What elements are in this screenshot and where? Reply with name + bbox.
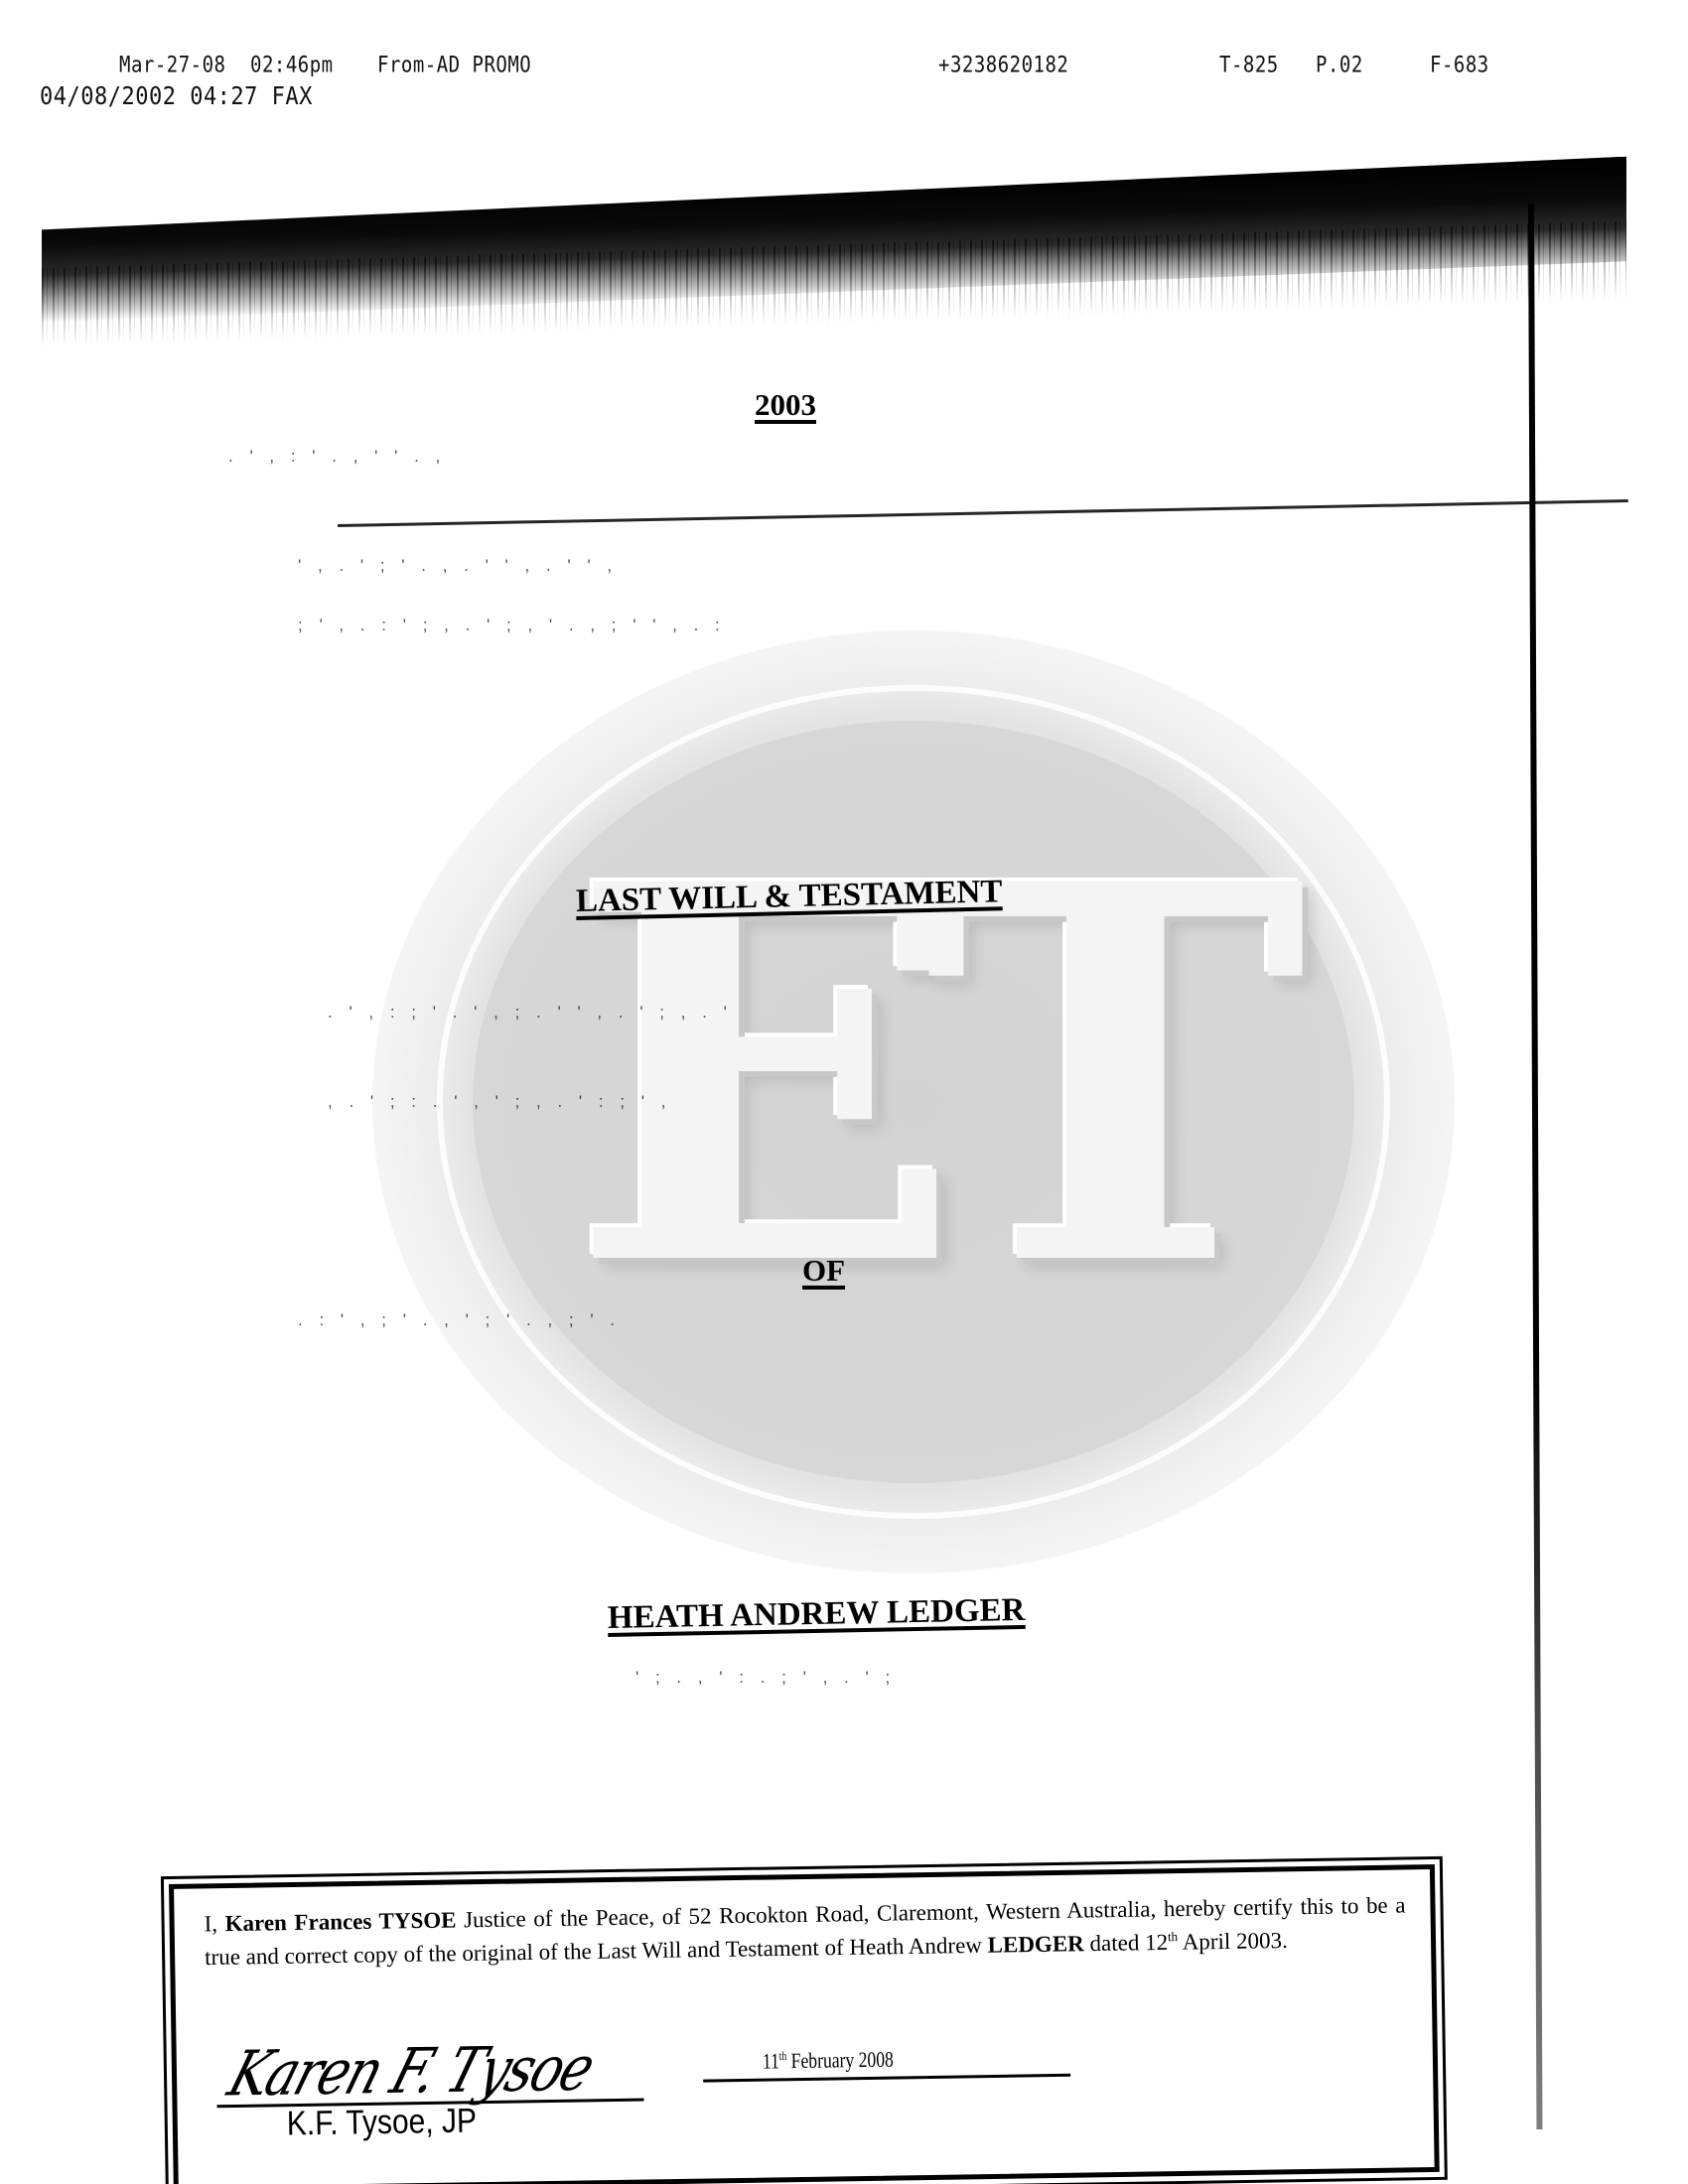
testator-name: HEATH ANDREW LEDGER bbox=[608, 1592, 1026, 1637]
fax-id: F-683 bbox=[1430, 53, 1489, 77]
faded-text-line: ; ' , . : ' ; , . ' ; , ' . , ; ' ' , . … bbox=[298, 615, 726, 635]
faded-text-line: , . ' ; : . ' , ' ; , . ' : ; ' , bbox=[328, 1092, 671, 1112]
faded-text-line: ' ; . , ' : . ; ' , . ' ; bbox=[635, 1668, 896, 1688]
sign-date-suffix: th bbox=[779, 2049, 787, 2063]
faded-text-line: ' , . ' ; ' . , . ' ' , . ' ' , bbox=[298, 556, 618, 576]
fax-transmission-id: T-825 bbox=[1219, 53, 1279, 77]
fax-from: From-AD PROMO bbox=[377, 53, 531, 77]
faded-text-line: . : ' , ; ' . , ' ; ' . , ; ' . bbox=[298, 1310, 621, 1330]
fax-phone: +3238620182 bbox=[938, 53, 1068, 77]
page-edge-rule bbox=[1528, 204, 1542, 2129]
cert-intro: I, bbox=[204, 1911, 217, 1936]
fax-date: Mar-27-08 bbox=[119, 53, 225, 77]
faded-text-line: . ' , : ; ' . ' , ; . ' ' , . ' ; , . ' bbox=[328, 1003, 733, 1023]
testator-surname: LEDGER bbox=[987, 1931, 1084, 1958]
fax-page-number: P.02 bbox=[1316, 53, 1363, 77]
fax-secondary-header: 04/08/2002 04:27 FAX bbox=[40, 82, 313, 111]
certification-statement: I, Karen Frances TYSOE Justice of the Pe… bbox=[204, 1891, 1406, 1972]
fax-time: 02:46pm bbox=[250, 53, 334, 77]
sign-date-rest: February 2008 bbox=[790, 2047, 894, 2074]
sign-date-day: 11 bbox=[763, 2048, 779, 2073]
document-title: LAST WILL & TESTAMENT bbox=[576, 874, 1003, 920]
certification-box: I, Karen Frances TYSOE Justice of the Pe… bbox=[169, 1864, 1440, 2184]
date-line bbox=[703, 2074, 1070, 2083]
document-of: OF bbox=[802, 1253, 845, 1289]
will-date-suffix: th bbox=[1168, 1929, 1178, 1944]
signatory-label: K.F. Tysoe, JP bbox=[287, 2103, 478, 2144]
document-year: 2003 bbox=[755, 387, 816, 423]
certifier-name: Karen Frances TYSOE bbox=[224, 1907, 456, 1936]
divider-line bbox=[338, 499, 1628, 527]
will-date-rest: April 2003. bbox=[1182, 1928, 1287, 1955]
sign-date: 11th February 2008 bbox=[763, 2047, 894, 2075]
faded-text-line: . ' , : ' . , ' ' . , bbox=[228, 447, 446, 467]
will-date: dated 12 bbox=[1089, 1930, 1168, 1956]
